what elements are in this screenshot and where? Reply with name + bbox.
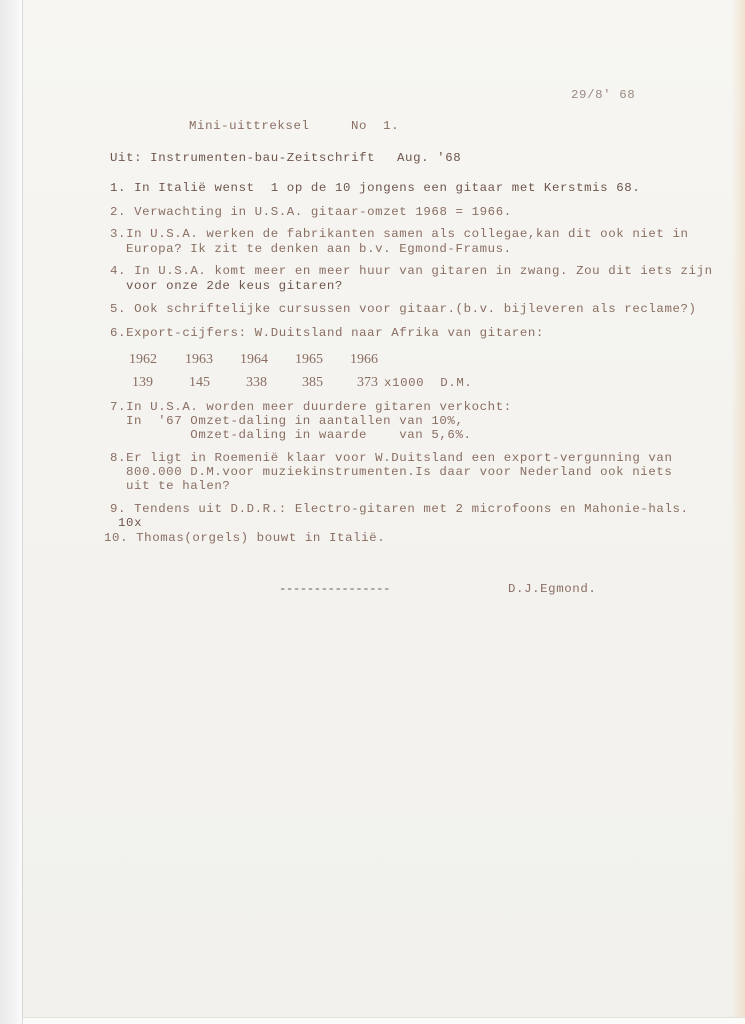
document-number: No 1. bbox=[351, 119, 399, 133]
item-2: 2. Verwachting in U.S.A. gitaar-omzet 19… bbox=[110, 205, 512, 219]
item-4-line-1: 4. In U.S.A. komt meer en meer huur van … bbox=[110, 264, 713, 278]
item-4-line-2: voor onze 2de keus gitaren? bbox=[126, 279, 343, 293]
source-date: Aug. '68 bbox=[397, 151, 461, 165]
item-5: 5. Ook schriftelijke cursussen voor gita… bbox=[110, 302, 697, 316]
item-7-line-2: In '67 Omzet-daling in aantallen van 10%… bbox=[126, 414, 464, 428]
scanner-edge bbox=[0, 0, 23, 1024]
item-1: 1. In Italië wenst 1 op de 10 jongens ee… bbox=[110, 181, 640, 195]
export-value: 139 bbox=[132, 375, 153, 391]
export-year: 1964 bbox=[240, 352, 268, 368]
separator-line: ---------------- bbox=[279, 582, 390, 596]
export-year: 1962 bbox=[129, 352, 157, 368]
source-line: Uit: Instrumenten-bau-Zeitschrift bbox=[110, 151, 375, 165]
item-9: 9. Tendens uit D.D.R.: Electro-gitaren m… bbox=[110, 502, 689, 516]
export-year: 1966 bbox=[350, 352, 378, 368]
item-8-line-3: uit te halen? bbox=[126, 479, 230, 493]
export-year: 1963 bbox=[185, 352, 213, 368]
export-value: 145 bbox=[189, 375, 210, 391]
item-7-line-1: 7.In U.S.A. worden meer duurdere gitaren… bbox=[110, 400, 512, 414]
export-value: 338 bbox=[246, 375, 267, 391]
item-3-line-2: Europa? Ik zit te denken aan b.v. Egmond… bbox=[126, 242, 512, 256]
item-8-line-1: 8.Er ligt in Roemenië klaar voor W.Duits… bbox=[110, 451, 673, 465]
signature: D.J.Egmond. bbox=[508, 582, 596, 596]
item-3-line-1: 3.In U.S.A. werken de fabrikanten samen … bbox=[110, 227, 689, 241]
item-6: 6.Export-cijfers: W.Duitsland naar Afrik… bbox=[110, 326, 544, 340]
export-unit: x1000 D.M. bbox=[384, 376, 472, 390]
item-7-line-3: Omzet-daling in waarde van 5,6%. bbox=[126, 428, 472, 442]
item-10: 10. Thomas(orgels) bouwt in Italië. bbox=[104, 531, 385, 545]
export-value: 373 bbox=[357, 375, 378, 391]
document-title: Mini-uittreksel bbox=[189, 119, 310, 133]
item-8-line-2: 800.000 D.M.voor muziekinstrumenten.Is d… bbox=[126, 465, 672, 479]
page-bottom-edge bbox=[23, 1017, 745, 1024]
document-date: 29/8' 68 bbox=[571, 88, 635, 102]
export-year: 1965 bbox=[295, 352, 323, 368]
export-value: 385 bbox=[302, 375, 323, 391]
strikeover-mark: 10x bbox=[118, 516, 142, 530]
